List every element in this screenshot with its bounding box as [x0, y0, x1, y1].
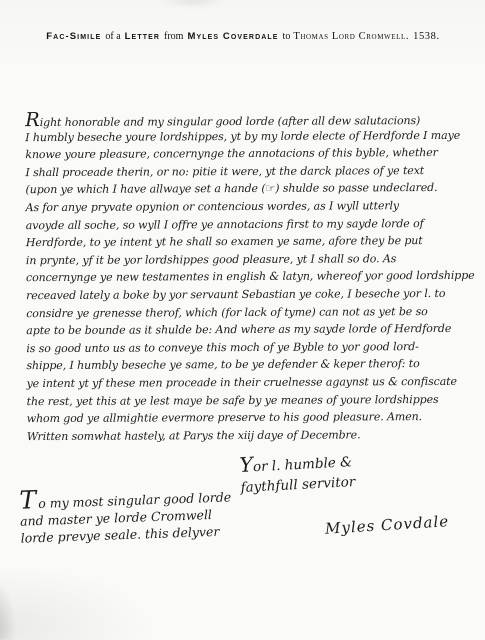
caption-facsimile: Fac-Simile	[46, 31, 101, 42]
caption-letter: Letter	[125, 31, 160, 42]
letter-line-6: As for anye pryvate opynion or contencio…	[26, 197, 462, 217]
address-block: To my most singular good lorde and maste…	[19, 484, 233, 546]
scanned-letter-page: Fac-Simile of a Letter from Myles Coverd…	[0, 0, 485, 640]
letter-line-14: is so good unto us as to conveye this mo…	[26, 338, 462, 358]
letter-line-19: Written somwhat hastely, at Parys the xi…	[27, 426, 463, 446]
letter-line-11: receaved lately a boke by yor servaunt S…	[26, 285, 462, 305]
caption-year: 1538.	[413, 31, 440, 42]
caption-author: Myles Coverdale	[187, 31, 278, 42]
caption-from: from	[164, 31, 183, 42]
letter-line-13: apte to be bounde as it shulde be: And w…	[26, 320, 462, 340]
letter-line-10: concernynge ye new testamentes in englis…	[26, 267, 462, 287]
caption-to: to	[283, 31, 291, 42]
letter-line-8: Herdforde, to ye intent yt he shall so e…	[26, 232, 462, 252]
letter-body: Right honorable and my singular good lor…	[25, 109, 463, 446]
letter-line-9: in prynte, yf it be yor lordshippes good…	[26, 250, 462, 270]
letter-line-5: (upon ye which I have allwaye set a hand…	[25, 179, 461, 199]
letter-line-1: Right honorable and my singular good lor…	[25, 109, 461, 129]
letter-line-4: I shall proceade therin, or no: pitie it…	[25, 162, 461, 182]
closing-block: Yor l. humble & faythfull servitor	[239, 449, 356, 498]
letter-line-2: I humbly beseche youre lordshippes, yt b…	[25, 126, 461, 146]
letter-line-17: the rest, yet this at ye lest maye be sa…	[27, 390, 463, 410]
scan-corner-shade	[0, 580, 16, 640]
letter-line-3: knowe youre pleasure, concernynge the an…	[25, 144, 461, 164]
letter-line-18: whom god ye allmightie evermore preserve…	[27, 408, 463, 428]
printed-caption: Fac-Simile of a Letter from Myles Coverd…	[0, 31, 485, 42]
caption-of-a: of a	[105, 31, 120, 42]
letter-line-12: considre ye grenesse therof, which (for …	[26, 302, 462, 322]
caption-recipient: Thomas Lord Cromwell.	[293, 31, 409, 42]
signature-myles-coverdale: Myles Covdale	[325, 512, 450, 538]
letter-line-7: avoyde all soche, so wyll I offre ye ann…	[26, 214, 462, 234]
scan-smudge	[158, 0, 228, 8]
letter-line-16: ye intent yt yf these men proceade in th…	[27, 373, 463, 393]
letter-line-15: shippe, I humbly beseche ye same, to be …	[26, 355, 462, 375]
